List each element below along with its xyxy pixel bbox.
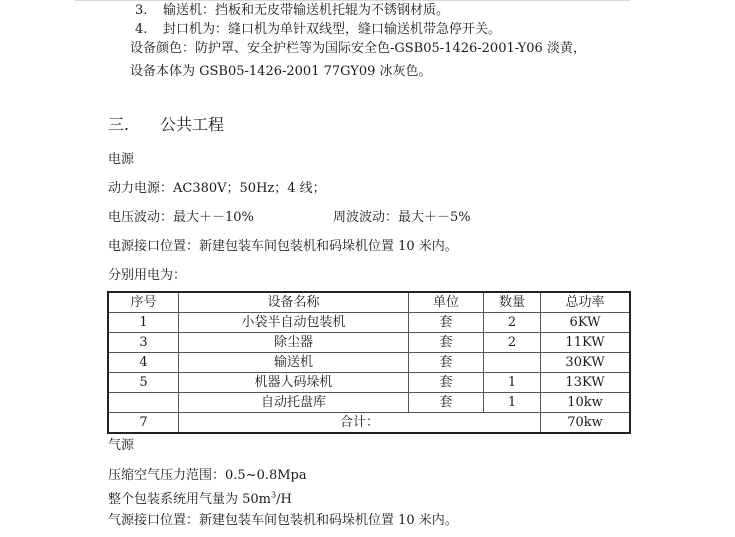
power-breakdown-label: 分别用电为： <box>108 268 186 284</box>
cell-quantity <box>484 353 541 373</box>
header-equipment-name: 设备名称 <box>179 292 409 313</box>
list-text: 封口机为：缝口机为单针双线型，缝口输送机带急停开关。 <box>163 22 501 37</box>
cell-unit: 套 <box>409 333 484 353</box>
cell-equipment-name: 自动托盘库 <box>179 393 409 413</box>
cell-no: 1 <box>108 313 179 333</box>
air-heading: 气源 <box>108 438 134 454</box>
color-paragraph-line-1: 设备颜色：防护罩、安全护栏等为国际安全色-GSB05-1426-2001-Y06… <box>130 41 586 57</box>
voltage-fluctuation: 电压波动：最大＋－10% <box>108 210 254 226</box>
cell-total-power: 10kw <box>541 393 631 413</box>
frequency-fluctuation: 周波波动：最大＋－5% <box>333 210 471 226</box>
air-consumption: 整个包装系统用气量为 50m3/H <box>108 492 292 508</box>
cell-unit: 套 <box>409 353 484 373</box>
list-number: 4. <box>135 22 163 38</box>
table-total-row: 7 合计： 70kw <box>108 413 630 434</box>
table-row: 3 除尘器 套 2 11KW <box>108 333 630 353</box>
list-text: 输送机：挡板和无皮带输送机托辊为不锈钢材质。 <box>163 3 449 18</box>
table-header-row: 序号 设备名称 单位 数量 总功率 <box>108 292 630 313</box>
air-consumption-prefix: 整个包装系统用气量为 50m <box>108 492 271 507</box>
air-consumption-suffix: /H <box>276 492 292 507</box>
table-row: 4 输送机 套 30KW <box>108 353 630 373</box>
cell-no: 3 <box>108 333 179 353</box>
cell-no: 4 <box>108 353 179 373</box>
table-row: 5 机器人码垛机 套 1 13KW <box>108 373 630 393</box>
list-item-3: 3.输送机：挡板和无皮带输送机托辊为不锈钢材质。 <box>135 3 449 19</box>
header-total-power: 总功率 <box>541 292 631 313</box>
section-heading: 三.公共工程 <box>108 117 224 133</box>
cell-total-power: 30KW <box>541 353 631 373</box>
section-title: 公共工程 <box>160 115 224 134</box>
cell-total-no: 7 <box>108 413 179 434</box>
header-unit: 单位 <box>409 292 484 313</box>
header-no: 序号 <box>108 292 179 313</box>
cell-unit: 套 <box>409 313 484 333</box>
power-interface-location: 电源接口位置：新建包装车间包装机和码垛机位置 10 米内。 <box>108 239 458 255</box>
list-item-4: 4.封口机为：缝口机为单针双线型，缝口输送机带急停开关。 <box>135 22 501 38</box>
cell-unit: 套 <box>409 373 484 393</box>
cell-no <box>108 393 179 413</box>
power-consumption-table: 序号 设备名称 单位 数量 总功率 1 小袋半自动包装机 套 2 6KW 3 除… <box>107 291 631 434</box>
power-supply: 动力电源：AC380V；50Hz；4 线； <box>108 181 326 197</box>
cell-total-label: 合计： <box>179 413 541 434</box>
cell-total-power: 11KW <box>541 333 631 353</box>
cell-equipment-name: 除尘器 <box>179 333 409 353</box>
cell-unit: 套 <box>409 393 484 413</box>
cell-total-power: 13KW <box>541 373 631 393</box>
air-pressure-range: 压缩空气压力范围：0.5~0.8Mpa <box>108 468 307 484</box>
cell-no: 5 <box>108 373 179 393</box>
header-quantity: 数量 <box>484 292 541 313</box>
cell-quantity: 2 <box>484 313 541 333</box>
air-interface-location: 气源接口位置：新建包装车间包装机和码垛机位置 10 米内。 <box>108 513 458 529</box>
section-number: 三. <box>108 117 160 133</box>
cell-equipment-name: 机器人码垛机 <box>179 373 409 393</box>
power-heading: 电源 <box>108 152 134 168</box>
cell-quantity: 2 <box>484 333 541 353</box>
page-top-divider <box>75 0 630 1</box>
cell-equipment-name: 输送机 <box>179 353 409 373</box>
cell-quantity: 1 <box>484 393 541 413</box>
list-number: 3. <box>135 3 163 19</box>
cell-total-value: 70kw <box>541 413 631 434</box>
table-row: 自动托盘库 套 1 10kw <box>108 393 630 413</box>
cell-equipment-name: 小袋半自动包装机 <box>179 313 409 333</box>
color-paragraph-line-2: 设备本体为 GSB05-1426-2001 77GY09 冰灰色。 <box>130 64 432 80</box>
table-row: 1 小袋半自动包装机 套 2 6KW <box>108 313 630 333</box>
cell-quantity: 1 <box>484 373 541 393</box>
cell-total-power: 6KW <box>541 313 631 333</box>
